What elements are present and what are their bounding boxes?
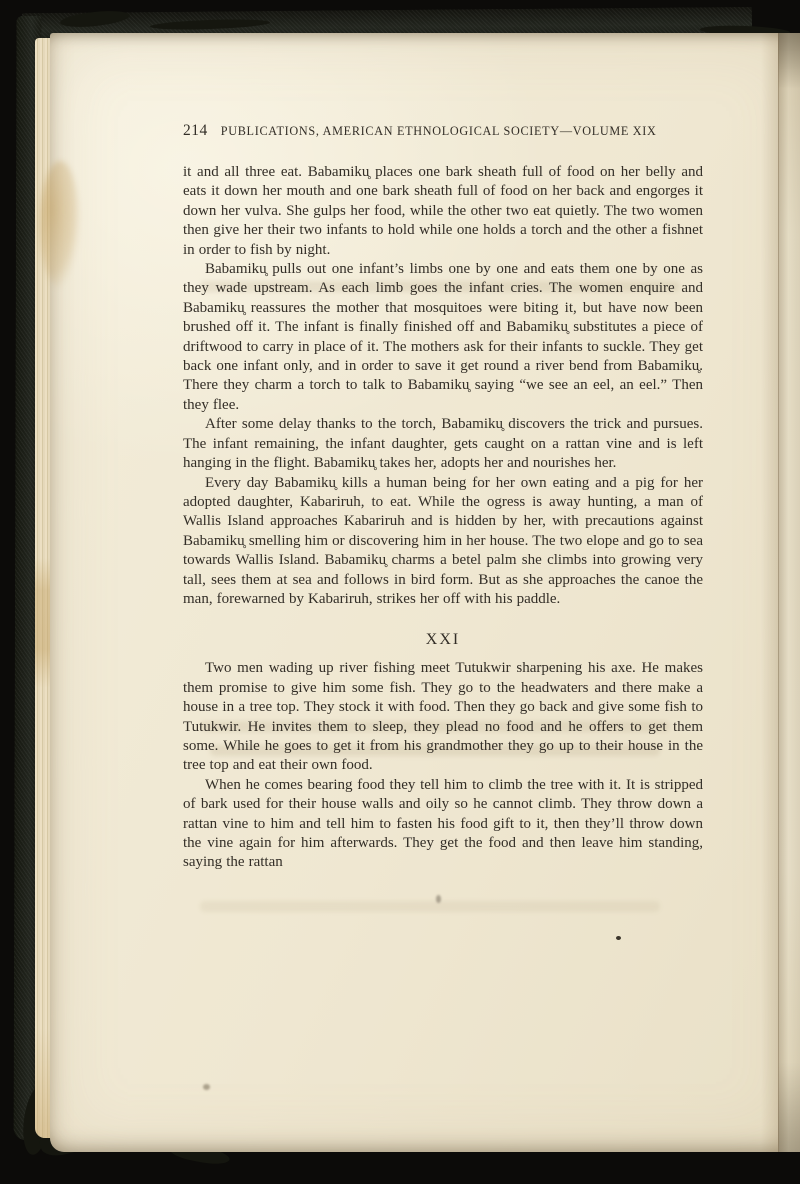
ink-speck <box>436 895 441 903</box>
show-through-ghost <box>200 901 660 912</box>
paragraph: Babamiku̥ pulls out one infant’s limbs o… <box>183 260 703 415</box>
book-scan: 214 PUBLICATIONS, AMERICAN ETHNOLOGICAL … <box>0 0 800 1184</box>
adjacent-page-edge <box>778 33 800 1152</box>
page-content: 214 PUBLICATIONS, AMERICAN ETHNOLOGICAL … <box>183 122 703 873</box>
page-body: it and all three eat. Babamiku̥ places o… <box>183 163 703 873</box>
paragraph: Two men wading up river fishing meet Tut… <box>183 659 703 775</box>
paragraph: After some delay thanks to the torch, Ba… <box>183 415 703 473</box>
paragraph: it and all three eat. Babamiku̥ places o… <box>183 163 703 260</box>
running-header: 214 PUBLICATIONS, AMERICAN ETHNOLOGICAL … <box>183 122 703 140</box>
ink-speck <box>203 1084 210 1090</box>
ink-speck <box>616 936 621 940</box>
running-title: PUBLICATIONS, AMERICAN ETHNOLOGICAL SOCI… <box>221 124 657 139</box>
gutter-shadow <box>761 33 779 1152</box>
paragraph: When he comes bearing food they tell him… <box>183 776 703 873</box>
section-heading: XXI <box>183 631 703 649</box>
page-number: 214 <box>183 122 208 140</box>
stain <box>40 161 80 289</box>
book-page: 214 PUBLICATIONS, AMERICAN ETHNOLOGICAL … <box>50 33 800 1152</box>
paragraph: Every day Babamiku̥ kills a human being … <box>183 474 703 610</box>
